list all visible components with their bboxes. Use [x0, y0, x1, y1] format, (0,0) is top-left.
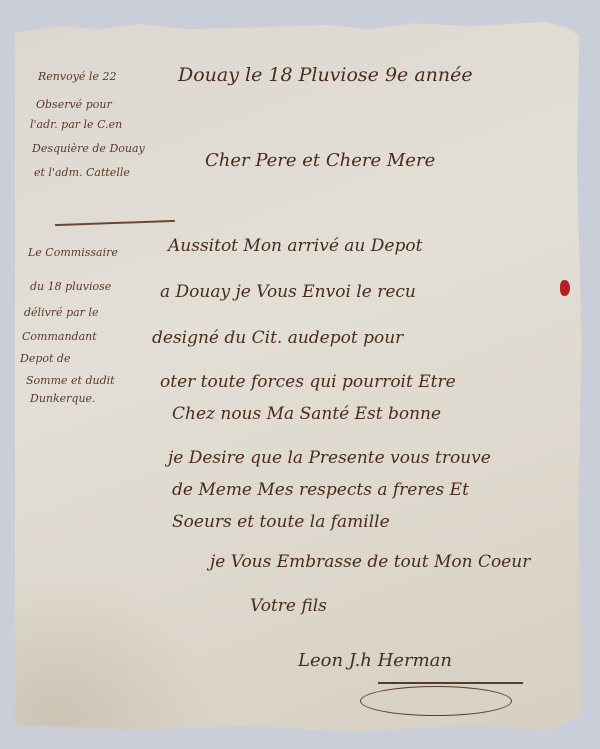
margin-note: délivré par le [24, 306, 98, 319]
body-line: Aussitot Mon arrivé au Depot [168, 236, 422, 256]
margin-note: Renvoyé le 22 [38, 70, 116, 83]
margin-note: l'adr. par le C.en [30, 118, 122, 131]
place-date: Douay le 18 Pluviose 9e année [178, 64, 473, 86]
closing: Votre fils [250, 596, 327, 616]
paper-stain [15, 574, 215, 734]
margin-note: Desquière de Douay [32, 142, 145, 155]
body-line: je Desire que la Presente vous trouve [168, 448, 491, 468]
margin-note: Observé pour [36, 98, 112, 111]
signature-flourish [360, 686, 512, 716]
body-line: designé du Cit. audepot pour [152, 328, 403, 348]
body-line: oter toute forces qui pourroit Etre [160, 372, 456, 392]
margin-note: Depot de [20, 352, 70, 365]
salutation: Cher Pere et Chere Mere [205, 150, 435, 171]
margin-note: Dunkerque. [30, 392, 96, 405]
body-line: a Douay je Vous Envoi le recu [160, 282, 416, 302]
signature: Leon J.h Herman [298, 650, 452, 671]
body-line: Soeurs et toute la famille [172, 512, 390, 532]
body-line: Chez nous Ma Santé Est bonne [172, 404, 441, 424]
margin-note: Somme et dudit [26, 374, 115, 387]
body-line: de Meme Mes respects a freres Et [172, 480, 469, 500]
wax-seal-fragment [560, 280, 570, 296]
signature-underline [378, 682, 523, 684]
margin-note: du 18 pluviose [30, 280, 111, 293]
margin-note: Le Commissaire [28, 246, 118, 259]
body-line: je Vous Embrasse de tout Mon Coeur [210, 552, 530, 572]
margin-note: et l'adm. Cattelle [34, 166, 130, 179]
margin-note: Commandant [22, 330, 97, 343]
